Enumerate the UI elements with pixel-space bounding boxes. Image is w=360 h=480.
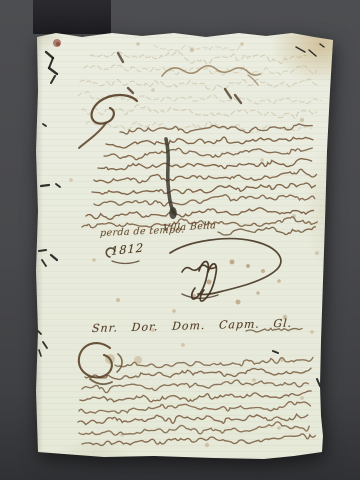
handwriting-lines-group: [37, 42, 324, 447]
foxing-stain: [136, 42, 140, 46]
foxing-stain: [69, 178, 73, 182]
foxing-stain: [277, 426, 281, 430]
dark-ink-slash: [225, 89, 231, 98]
ink-blot-blob: [169, 207, 177, 219]
foxing-stain: [280, 358, 284, 362]
foxing-stain: [116, 298, 120, 302]
foxing-stain: [172, 309, 176, 313]
ghost-writing-line: [154, 45, 240, 51]
paragraph2-line: [78, 414, 308, 424]
closing-line-tail: [218, 227, 315, 235]
ghost-writing-line: [84, 65, 317, 75]
paragraph1-line: [106, 137, 313, 148]
dark-ink-slash: [235, 95, 241, 103]
foxing-stain: [236, 300, 241, 305]
manuscript-paper: Snr. Dor. Dom. Capm. Gl. perda de tempo.…: [34, 31, 336, 461]
paragraph1-line: [104, 148, 312, 160]
paragraph1-line: [92, 183, 315, 195]
black-ink-mark: [296, 47, 305, 52]
black-ink-mark: [56, 184, 60, 187]
foxing-stain: [205, 443, 209, 447]
year-underline: [112, 261, 139, 264]
paragraph2-line: [80, 391, 311, 402]
black-ink-mark: [317, 379, 320, 386]
black-ink-mark: [309, 50, 316, 56]
foxing-stain: [151, 88, 155, 92]
signature-oval-flourish: [170, 239, 281, 295]
black-ink-mark: [39, 250, 46, 251]
ghost-writing-line: [78, 91, 322, 104]
foxing-stain: [230, 260, 235, 265]
black-ink-mark: [43, 342, 47, 348]
foxing-stain: [246, 264, 250, 268]
foxing-stain: [277, 279, 281, 283]
black-ink-mark: [51, 76, 55, 83]
black-ink-mark: [37, 330, 41, 334]
paragraph1-line: [94, 195, 315, 206]
black-ink-mark: [39, 350, 41, 356]
binding-strip: [33, 0, 111, 34]
black-ink-mark: [320, 44, 324, 47]
ghost-writing-line: [82, 105, 317, 119]
foxing-stain: [292, 214, 296, 218]
paragraph2-initial-tail: [90, 379, 112, 384]
manuscript-photograph: Snr. Dor. Dom. Capm. Gl. perda de tempo.…: [0, 0, 360, 480]
paragraph2-line: [82, 380, 308, 393]
paragraph1-line: [98, 159, 312, 170]
handwriting-svg: [34, 31, 336, 461]
paper-shadow-wrap: Snr. Dor. Dom. Capm. Gl. perda de tempo.…: [34, 31, 336, 461]
dark-ink-slash: [128, 88, 133, 93]
paragraph2-line: [82, 434, 315, 445]
foxing-stain: [240, 42, 244, 46]
foxing-stain: [260, 158, 264, 162]
ghost-writing-line: [80, 79, 319, 90]
black-ink-mark: [51, 255, 57, 260]
paragraph2-line: [79, 402, 311, 414]
black-ink-mark: [49, 68, 57, 74]
paragraph1-line: [94, 169, 317, 183]
foxing-stain: [310, 330, 314, 334]
foxing-stain: [207, 280, 212, 285]
black-ink-mark: [49, 58, 53, 68]
paragraph1-initial-tail: [79, 123, 106, 148]
paragraph1-line: [86, 208, 314, 219]
foxing-stain: [256, 291, 260, 295]
foxing-stain: [181, 343, 185, 347]
foxing-stain: [252, 378, 256, 382]
black-ink-mark: [42, 260, 46, 266]
foxing-stain: [300, 396, 304, 400]
foxing-stain: [315, 251, 319, 255]
black-ink-mark: [273, 351, 278, 353]
foxing-stain: [120, 433, 124, 437]
foxing-stain: [190, 48, 194, 52]
foxing-stain: [261, 269, 265, 273]
black-ink-mark: [41, 185, 49, 186]
signature-rubric-loop-1: [192, 262, 209, 300]
foxing-stain: [134, 356, 142, 364]
foxing-stain: [92, 258, 96, 262]
black-ink-mark: [43, 124, 46, 126]
foxing-stain: [300, 118, 304, 122]
red-wax-stain-core: [56, 42, 60, 46]
paragraph2-first-letter: [117, 354, 122, 372]
black-ink-mark: [46, 52, 53, 58]
paragraph2-line: [79, 422, 309, 435]
